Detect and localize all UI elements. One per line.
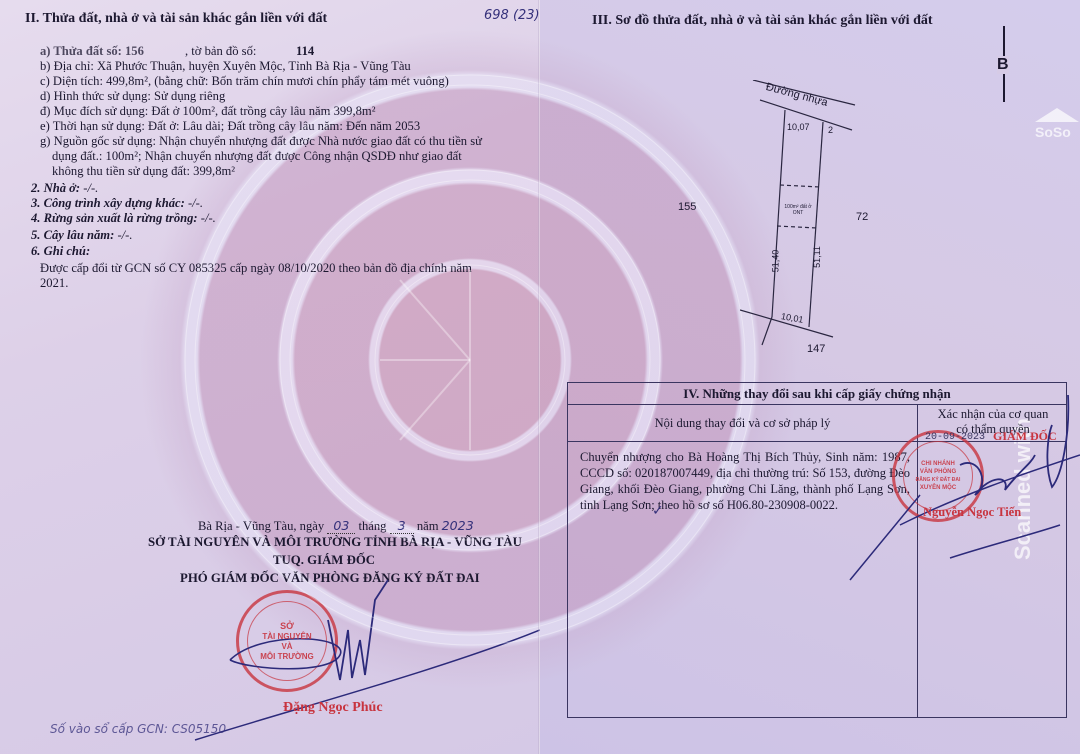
top-right-marker: 2	[828, 125, 833, 135]
left-edge-length: 51,40	[770, 250, 780, 273]
handwritten-initials: ✓	[652, 503, 664, 519]
signer-name-right: Nguyễn Ngọc Tiến	[923, 505, 1021, 520]
neighbor-parcel-right: 72	[856, 211, 868, 223]
stamp-line: TÀI NGUYÊN	[262, 632, 311, 642]
house-icon	[1035, 108, 1079, 122]
left-page: 698 (23) II. Thửa đất, nhà ở và tài sản …	[0, 0, 540, 754]
stamp-line: VÀ	[281, 642, 292, 652]
signature-right	[840, 395, 1080, 665]
soso-watermark-logo: SoSo	[1035, 108, 1079, 140]
right-edge-length: 51,11	[812, 246, 822, 268]
north-arrow-icon: B	[997, 56, 1009, 74]
neighbor-parcel-bottom: 147	[807, 343, 825, 355]
section-iii-title: III. Sơ đồ thửa đất, nhà ở và tài sản kh…	[592, 13, 933, 29]
residential-area-note: 100m² đất ở ONT	[780, 204, 816, 216]
stamp-line: VĂN PHÒNG	[920, 468, 956, 476]
parcel-diagram	[740, 80, 940, 360]
stamp-line: SỞ	[280, 621, 294, 632]
stamp-line: ĐĂNG KÝ ĐẤT ĐAI	[916, 476, 961, 484]
stamp-line: CHI NHÁNH	[921, 460, 955, 468]
stamp-line: MÔI TRƯỜNG	[260, 652, 313, 662]
soso-watermark-text: SoSo	[1035, 124, 1071, 140]
stamp-line: XUYÊN MỘC	[920, 484, 956, 492]
neighbor-parcel-left: 155	[678, 201, 696, 213]
top-edge-length: 10,07	[787, 122, 810, 132]
